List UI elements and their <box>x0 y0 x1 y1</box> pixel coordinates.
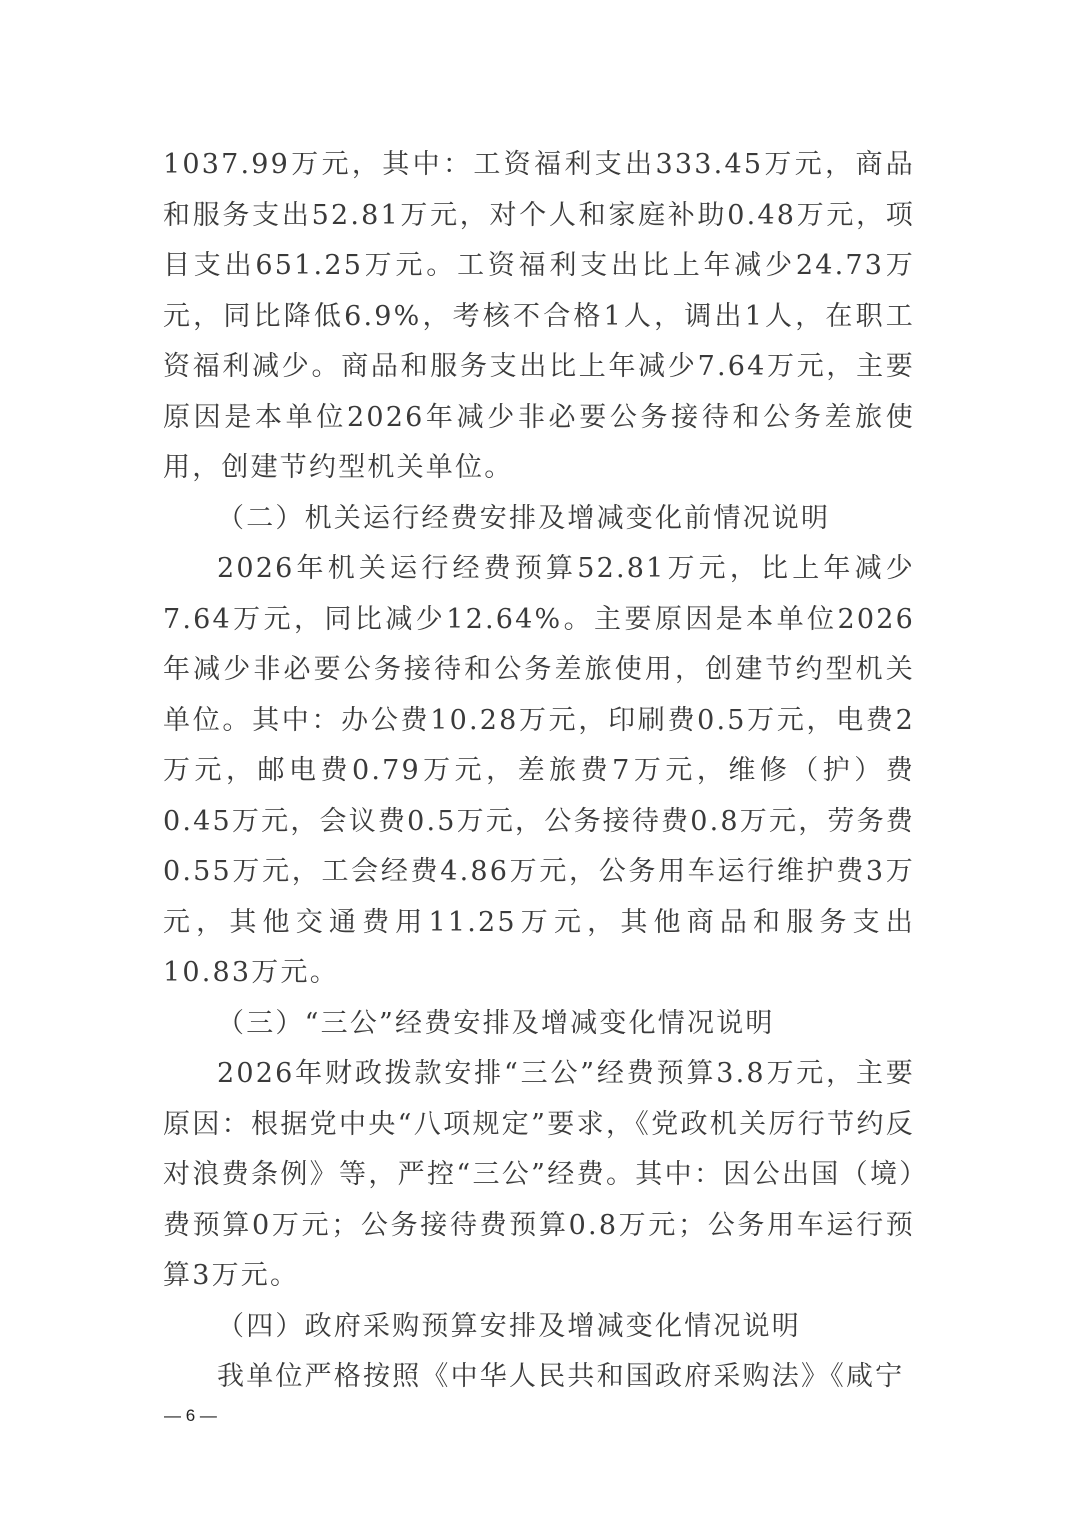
section-heading-2: （二）机关运行经费安排及增减变化前情况说明 <box>163 494 915 545</box>
paragraph-three-public-expenses: 2026年财政拨款安排“三公”经费预算3.8万元，主要原因：根据党中央“八项规定… <box>163 1049 915 1302</box>
paragraph-operating-expenses: 2026年机关运行经费预算52.81万元，比上年减少7.64万元，同比减少12.… <box>163 544 915 999</box>
document-page: 1037.99万元，其中：工资福利支出333.45万元，商品和服务支出52.81… <box>163 140 915 1403</box>
paragraph-expenditure-breakdown: 1037.99万元，其中：工资福利支出333.45万元，商品和服务支出52.81… <box>163 140 915 494</box>
section-heading-3: （三）“三公”经费安排及增减变化情况说明 <box>163 999 915 1050</box>
paragraph-procurement: 我单位严格按照《中华人民共和国政府采购法》《咸宁 <box>163 1352 915 1403</box>
section-heading-4: （四）政府采购预算安排及增减变化情况说明 <box>163 1302 915 1353</box>
page-number: — 6 — <box>164 1406 217 1426</box>
